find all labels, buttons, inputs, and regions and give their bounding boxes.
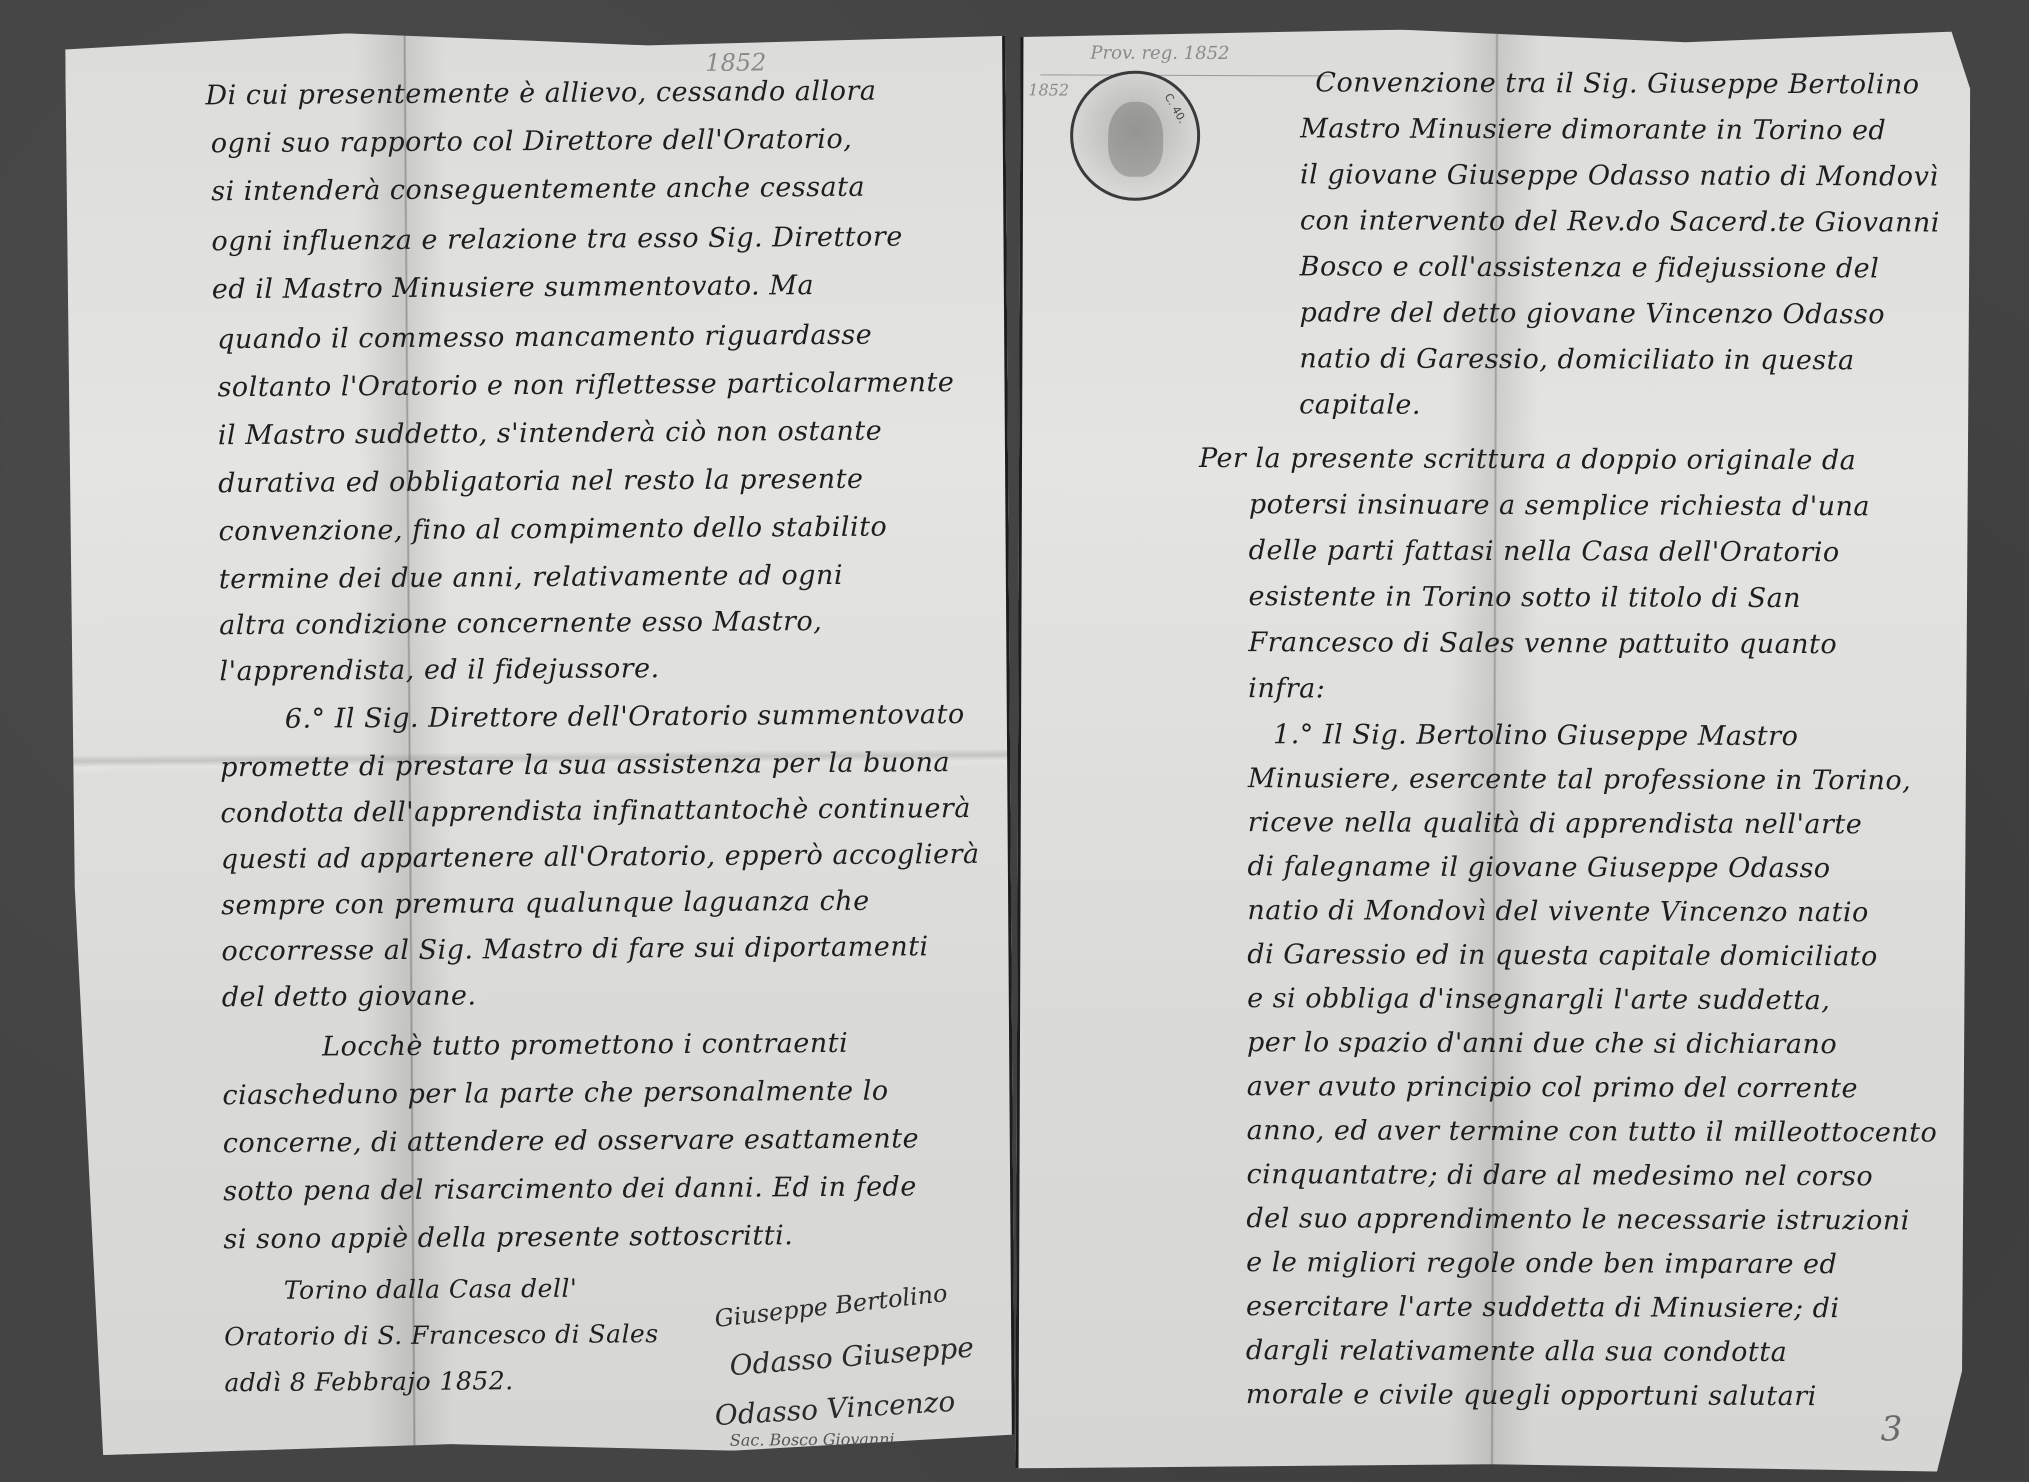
text-line: del detto giovane. (222, 982, 477, 1011)
wax-seal-stamp: C. 40. (1070, 71, 1200, 201)
body-line: e le migliori regole onde ben imparare e… (1246, 1249, 1837, 1278)
text-line: il Mastro suddetto, s'intenderà ciò non … (218, 418, 883, 450)
text-line: ed il Mastro Minusiere summentovato. Ma (212, 272, 814, 303)
body-line: Minusiere, esercente tal professione in … (1248, 765, 1911, 794)
text-line: ogni influenza e relazione tra esso Sig.… (211, 223, 902, 255)
body-line: delle parti fattasi nella Casa dell'Orat… (1249, 537, 1840, 566)
text-line: promette di prestare la sua assistenza p… (220, 749, 950, 781)
body-line: riceve nella qualità di apprendista nell… (1248, 809, 1863, 838)
body-line: Francesco di Sales venne pattuito quanto (1248, 629, 1837, 658)
body-line: potersi insinuare a semplice richiesta d… (1249, 491, 1870, 520)
body-line: esistente in Torino sotto il titolo di S… (1248, 583, 1801, 612)
stamp-portrait (1108, 102, 1163, 177)
margin-notation: 1852 (1028, 80, 1069, 99)
text-line: si intenderà conseguentemente anche cess… (211, 174, 865, 206)
text-line: l'apprendista, ed il fidejussore. (219, 655, 659, 685)
text-line: occorresse al Sig. Mastro di fare sui di… (221, 933, 928, 965)
title-line: il giovane Giuseppe Odasso natio di Mond… (1300, 161, 1939, 190)
text-line: condotta dell'apprendista infinattantoch… (220, 795, 971, 827)
text-line: si sono appiè della presente sottoscritt… (223, 1222, 793, 1253)
text-line: Locchè tutto promettono i contraenti (322, 1030, 848, 1061)
body-line: dargli relativamente alla sua condotta (1246, 1337, 1787, 1366)
body-line: infra: (1248, 675, 1325, 702)
top-date-notation: 1852 (705, 48, 766, 76)
text-line: concerne, di attendere ed osservare esat… (223, 1125, 919, 1157)
text-line: ciascheduno per la parte che personalmen… (222, 1078, 888, 1110)
closing-date: addì 8 Febbrajo 1852. (224, 1368, 513, 1395)
left-page: 1852 Di cui presentemente è allievo, ces… (65, 29, 1015, 1456)
text-line: termine dei due anni, relativamente ad o… (219, 562, 843, 593)
text-line: altra condizione concernente esso Mastro… (219, 608, 822, 639)
body-line: anno, ed aver termine con tutto il mille… (1247, 1117, 1938, 1146)
body-line: aver avuto principio col primo del corre… (1247, 1073, 1858, 1102)
header-rule (1040, 74, 1330, 76)
closing-location: Oratorio di S. Francesco di Sales (224, 1321, 659, 1349)
text-line: sotto pena del risarcimento dei danni. E… (223, 1173, 917, 1205)
signature-bertolino: Giuseppe Bertolino (713, 1279, 949, 1333)
text-line: ogni suo rapporto col Direttore dell'Ora… (211, 126, 853, 157)
title-line: capitale. (1299, 391, 1421, 418)
page-number: 3 (1881, 1409, 1903, 1449)
signature-odasso-giuseppe: Odasso Giuseppe (728, 1330, 975, 1382)
body-line: esercitare l'arte suddetta di Minusiere;… (1246, 1293, 1840, 1322)
body-line: e si obbliga d'insegnargli l'arte suddet… (1247, 985, 1830, 1014)
body-line: natio di Mondovì del vivente Vincenzo na… (1247, 897, 1868, 926)
body-line: cinquantatre; di dare al medesimo nel co… (1246, 1161, 1873, 1190)
text-line: quando il commesso mancamento riguardass… (217, 322, 872, 354)
body-line: per lo spazio d'anni due che si dichiara… (1247, 1029, 1837, 1058)
title-line: con intervento del Rev.do Sacerd.te Giov… (1300, 207, 1940, 236)
right-page: Prov. reg. 1852 1852 C. 40. Convenzione … (1015, 28, 1970, 1471)
title-line: Bosco e coll'assistenza e fidejussione d… (1300, 253, 1880, 282)
body-line: di Garessio ed in questa capitale domici… (1247, 941, 1878, 970)
title-line: Mastro Minusiere dimorante in Torino ed (1300, 115, 1886, 144)
registry-notation: Prov. reg. 1852 (1090, 43, 1229, 64)
title-line: natio di Garessio, domiciliato in questa (1299, 345, 1854, 374)
text-line: convenzione, fino al compimento dello st… (218, 514, 887, 546)
title-line: padre del detto giovane Vincenzo Odasso (1299, 299, 1885, 328)
signature-odasso-vincenzo: Odasso Vincenzo (714, 1385, 956, 1432)
body-line: di falegname il giovane Giuseppe Odasso (1248, 853, 1831, 882)
text-line: questi ad appartenere all'Oratorio, eppe… (221, 841, 980, 873)
text-line: 6.° Il Sig. Direttore dell'Oratorio summ… (285, 701, 965, 733)
closing-place: Torino dalla Casa dell' (284, 1276, 578, 1303)
clause-1-line: 1.° Il Sig. Bertolino Giuseppe Mastro (1273, 721, 1798, 750)
stamp-text: C. 40. (1162, 91, 1189, 125)
body-line: del suo apprendimento le necessarie istr… (1246, 1205, 1910, 1234)
text-line: Di cui presentemente è allievo, cessando… (205, 78, 876, 110)
body-line: Per la presente scrittura a doppio origi… (1199, 445, 1856, 474)
text-line: durativa ed obbligatoria nel resto la pr… (218, 466, 863, 498)
text-line: soltanto l'Oratorio e non riflettesse pa… (217, 369, 954, 401)
body-line: morale e civile quegli opportuni salutar… (1246, 1381, 1817, 1410)
title-line: Convenzione tra il Sig. Giuseppe Bertoli… (1315, 69, 1919, 98)
text-line: sempre con premura qualunque laguanza ch… (221, 888, 870, 920)
